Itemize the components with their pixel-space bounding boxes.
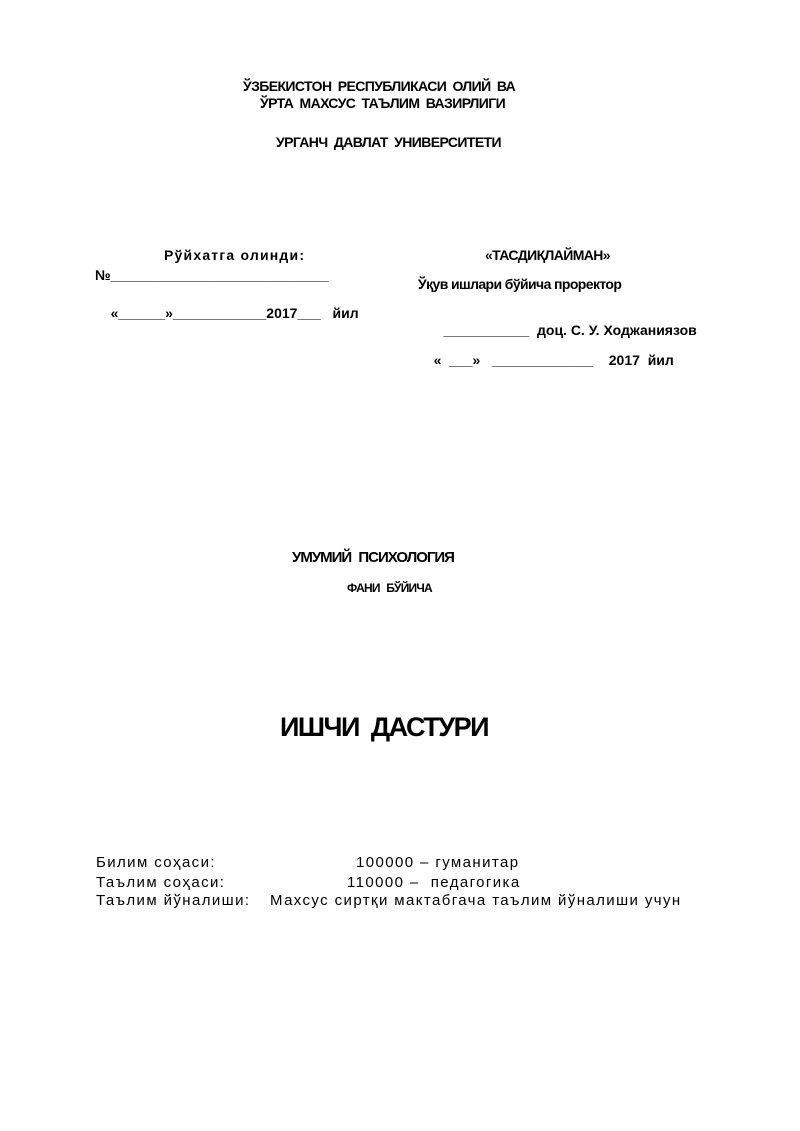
approval-date-blank: _____________ — [492, 352, 593, 368]
info-label-knowledge-area: Билим соҳаси: — [96, 854, 216, 871]
info-value-education-direction: Махсус сиртқи мактабгача таълим йўналиши… — [270, 892, 682, 909]
registration-year-word: йил — [332, 305, 358, 321]
subject-suffix: ФАНИ БЎЙИЧА — [347, 581, 432, 595]
approval-position: Ўқув ишлари бўйича проректор — [418, 276, 621, 292]
document-title: ИШЧИ ДАСТУРИ — [280, 712, 488, 743]
ministry-line-2: ЎРТА МАХСУС ТАЪЛИМ ВАЗИРЛИГИ — [260, 95, 505, 111]
approval-date-prefix: « ___» — [434, 352, 481, 368]
info-value-knowledge-area: 100000 – гуманитар — [356, 854, 519, 871]
ministry-line-1: ЎЗБЕКИСТОН РЕСПУБЛИКАСИ ОЛИЙ ВА — [243, 78, 515, 94]
approval-year: 2017 — [609, 352, 640, 368]
university-name: УРГАНЧ ДАВЛАТ УНИВЕРСИТЕТИ — [276, 134, 501, 150]
info-value-education-area: 110000 – педагогика — [347, 874, 521, 891]
registration-year: 2017 — [266, 305, 297, 321]
registration-year-blank: ___ — [297, 305, 320, 321]
approval-date-line: « ___» _____________ 2017 йил — [418, 336, 674, 384]
registration-number-line: №____________________________ — [95, 267, 329, 283]
subject-name: УМУМИЙ ПСИХОЛОГИЯ — [292, 549, 454, 566]
info-label-education-area: Таълим соҳаси: — [96, 874, 225, 891]
registration-date-blank: «______»____________ — [111, 305, 267, 321]
approval-year-word: йил — [648, 352, 674, 368]
registration-date-line: «______»____________2017___ йил — [95, 289, 359, 337]
registration-title: Рўйхатга олинди: — [164, 247, 305, 263]
info-label-education-direction: Таълим йўналиши: — [96, 892, 250, 909]
approval-title: «ТАСДИҚЛАЙМАН» — [485, 247, 610, 263]
